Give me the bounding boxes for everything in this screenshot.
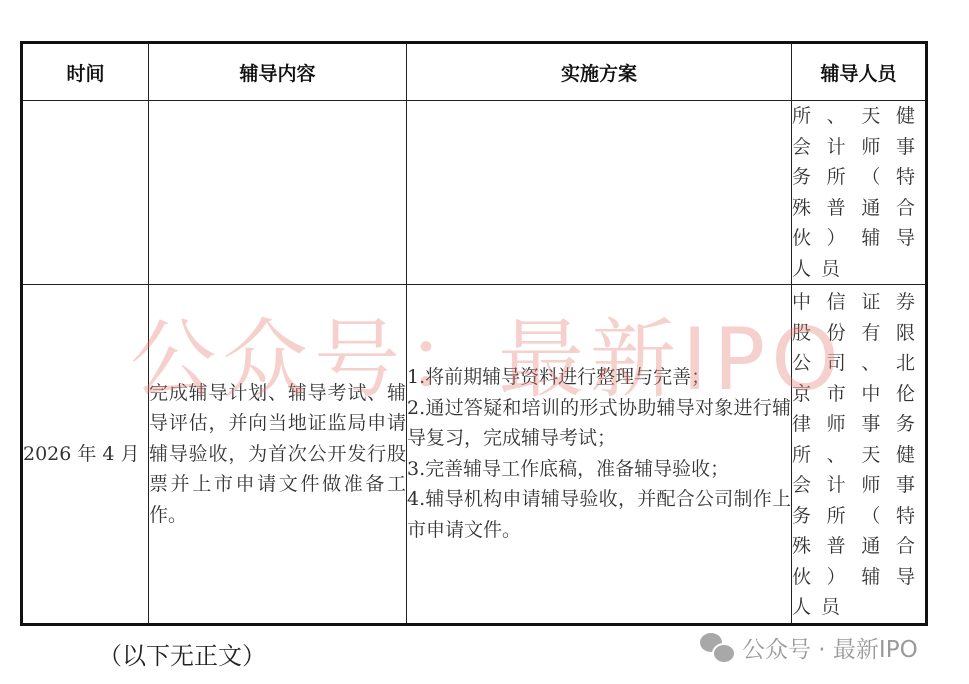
time-cell	[22, 101, 149, 285]
brand-badge: 公众号 · 最新IPO	[700, 631, 918, 664]
header-plan: 实施方案	[407, 43, 792, 101]
staff-cell: 中信证券股份有限公司、北京市中伦律师事务所、天健会计师事务所（特殊普通合伙）辅导…	[792, 285, 927, 625]
content-cell: 完成辅导计划、辅导考试、辅导评估，并向当地证监局申请辅导验收，为首次公开发行股票…	[149, 285, 407, 625]
table-header-row: 时间 辅导内容 实施方案 辅导人员	[22, 43, 927, 101]
header-time: 时间	[22, 43, 149, 101]
brand-label: 公众号 · 最新IPO	[742, 631, 918, 664]
plan-cell	[407, 101, 792, 285]
table-row: 所、天健会计师事务所（特殊普通合伙）辅导人员	[22, 101, 927, 285]
plan-step-3: 3.完善辅导工作底稿，准备辅导验收；	[407, 454, 791, 485]
staff-cell: 所、天健会计师事务所（特殊普通合伙）辅导人员	[792, 101, 927, 285]
plan-cell: 1.将前期辅导资料进行整理与完善； 2.通过答疑和培训的形式协助辅导对象进行辅导…	[407, 285, 792, 625]
wechat-icon	[700, 633, 734, 663]
table-row: 2026 年 4 月 完成辅导计划、辅导考试、辅导评估，并向当地证监局申请辅导验…	[22, 285, 927, 625]
tutoring-plan-table: 时间 辅导内容 实施方案 辅导人员 所、天健会计师事务所（特殊普通合伙）辅导人员…	[20, 41, 928, 626]
header-content: 辅导内容	[149, 43, 407, 101]
header-staff: 辅导人员	[792, 43, 927, 101]
time-cell: 2026 年 4 月	[22, 285, 149, 625]
plan-step-2: 2.通过答疑和培训的形式协助辅导对象进行辅导复习，完成辅导考试；	[407, 393, 791, 454]
footer-note: （以下无正文）	[98, 636, 266, 671]
content-cell	[149, 101, 407, 285]
plan-step-1: 1.将前期辅导资料进行整理与完善；	[407, 362, 791, 393]
plan-step-4: 4.辅导机构申请辅导验收，并配合公司制作上市申请文件。	[407, 484, 791, 545]
